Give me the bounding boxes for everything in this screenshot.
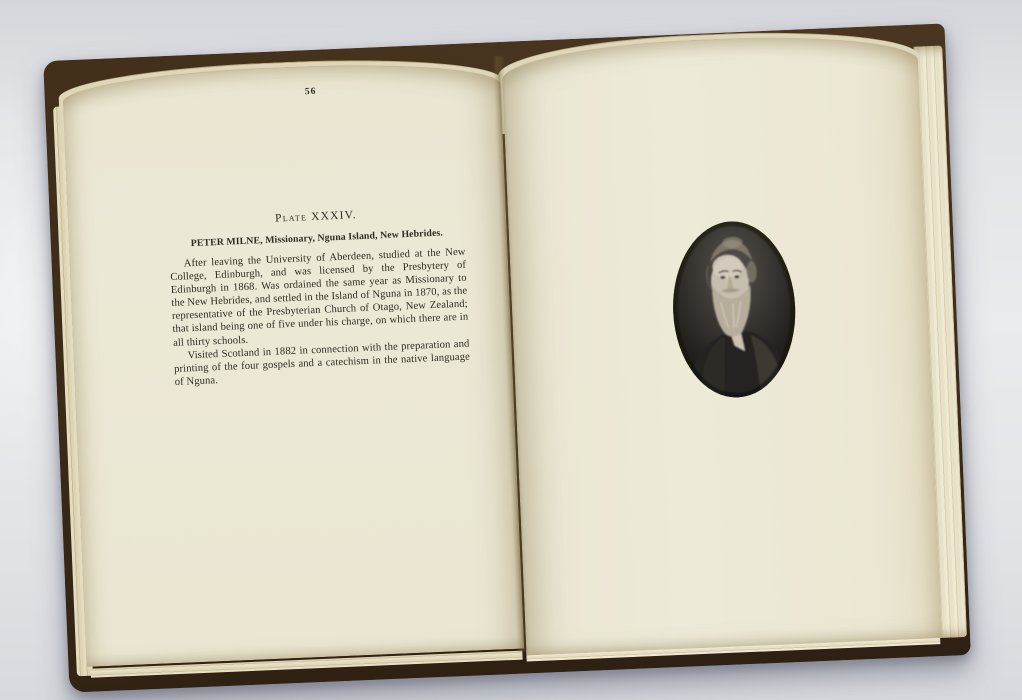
left-page: 56 Plate XXXIV. PETER MILNE, Missionary,… (62, 58, 524, 667)
left-page-text-block: 56 Plate XXXIV. PETER MILNE, Missionary,… (163, 81, 459, 93)
photo-backdrop: 56 Plate XXXIV. PETER MILNE, Missionary,… (0, 0, 1022, 700)
plate-description: After leaving the University of Aberdeen… (170, 246, 471, 389)
page-number: 56 (163, 81, 459, 103)
right-page (501, 31, 942, 656)
open-book: 56 Plate XXXIV. PETER MILNE, Missionary,… (43, 23, 971, 692)
oval-portrait-photo (667, 217, 800, 402)
plate-label: Plate XXXIV. (168, 205, 464, 229)
paragraph: After leaving the University of Aberdeen… (170, 246, 470, 350)
